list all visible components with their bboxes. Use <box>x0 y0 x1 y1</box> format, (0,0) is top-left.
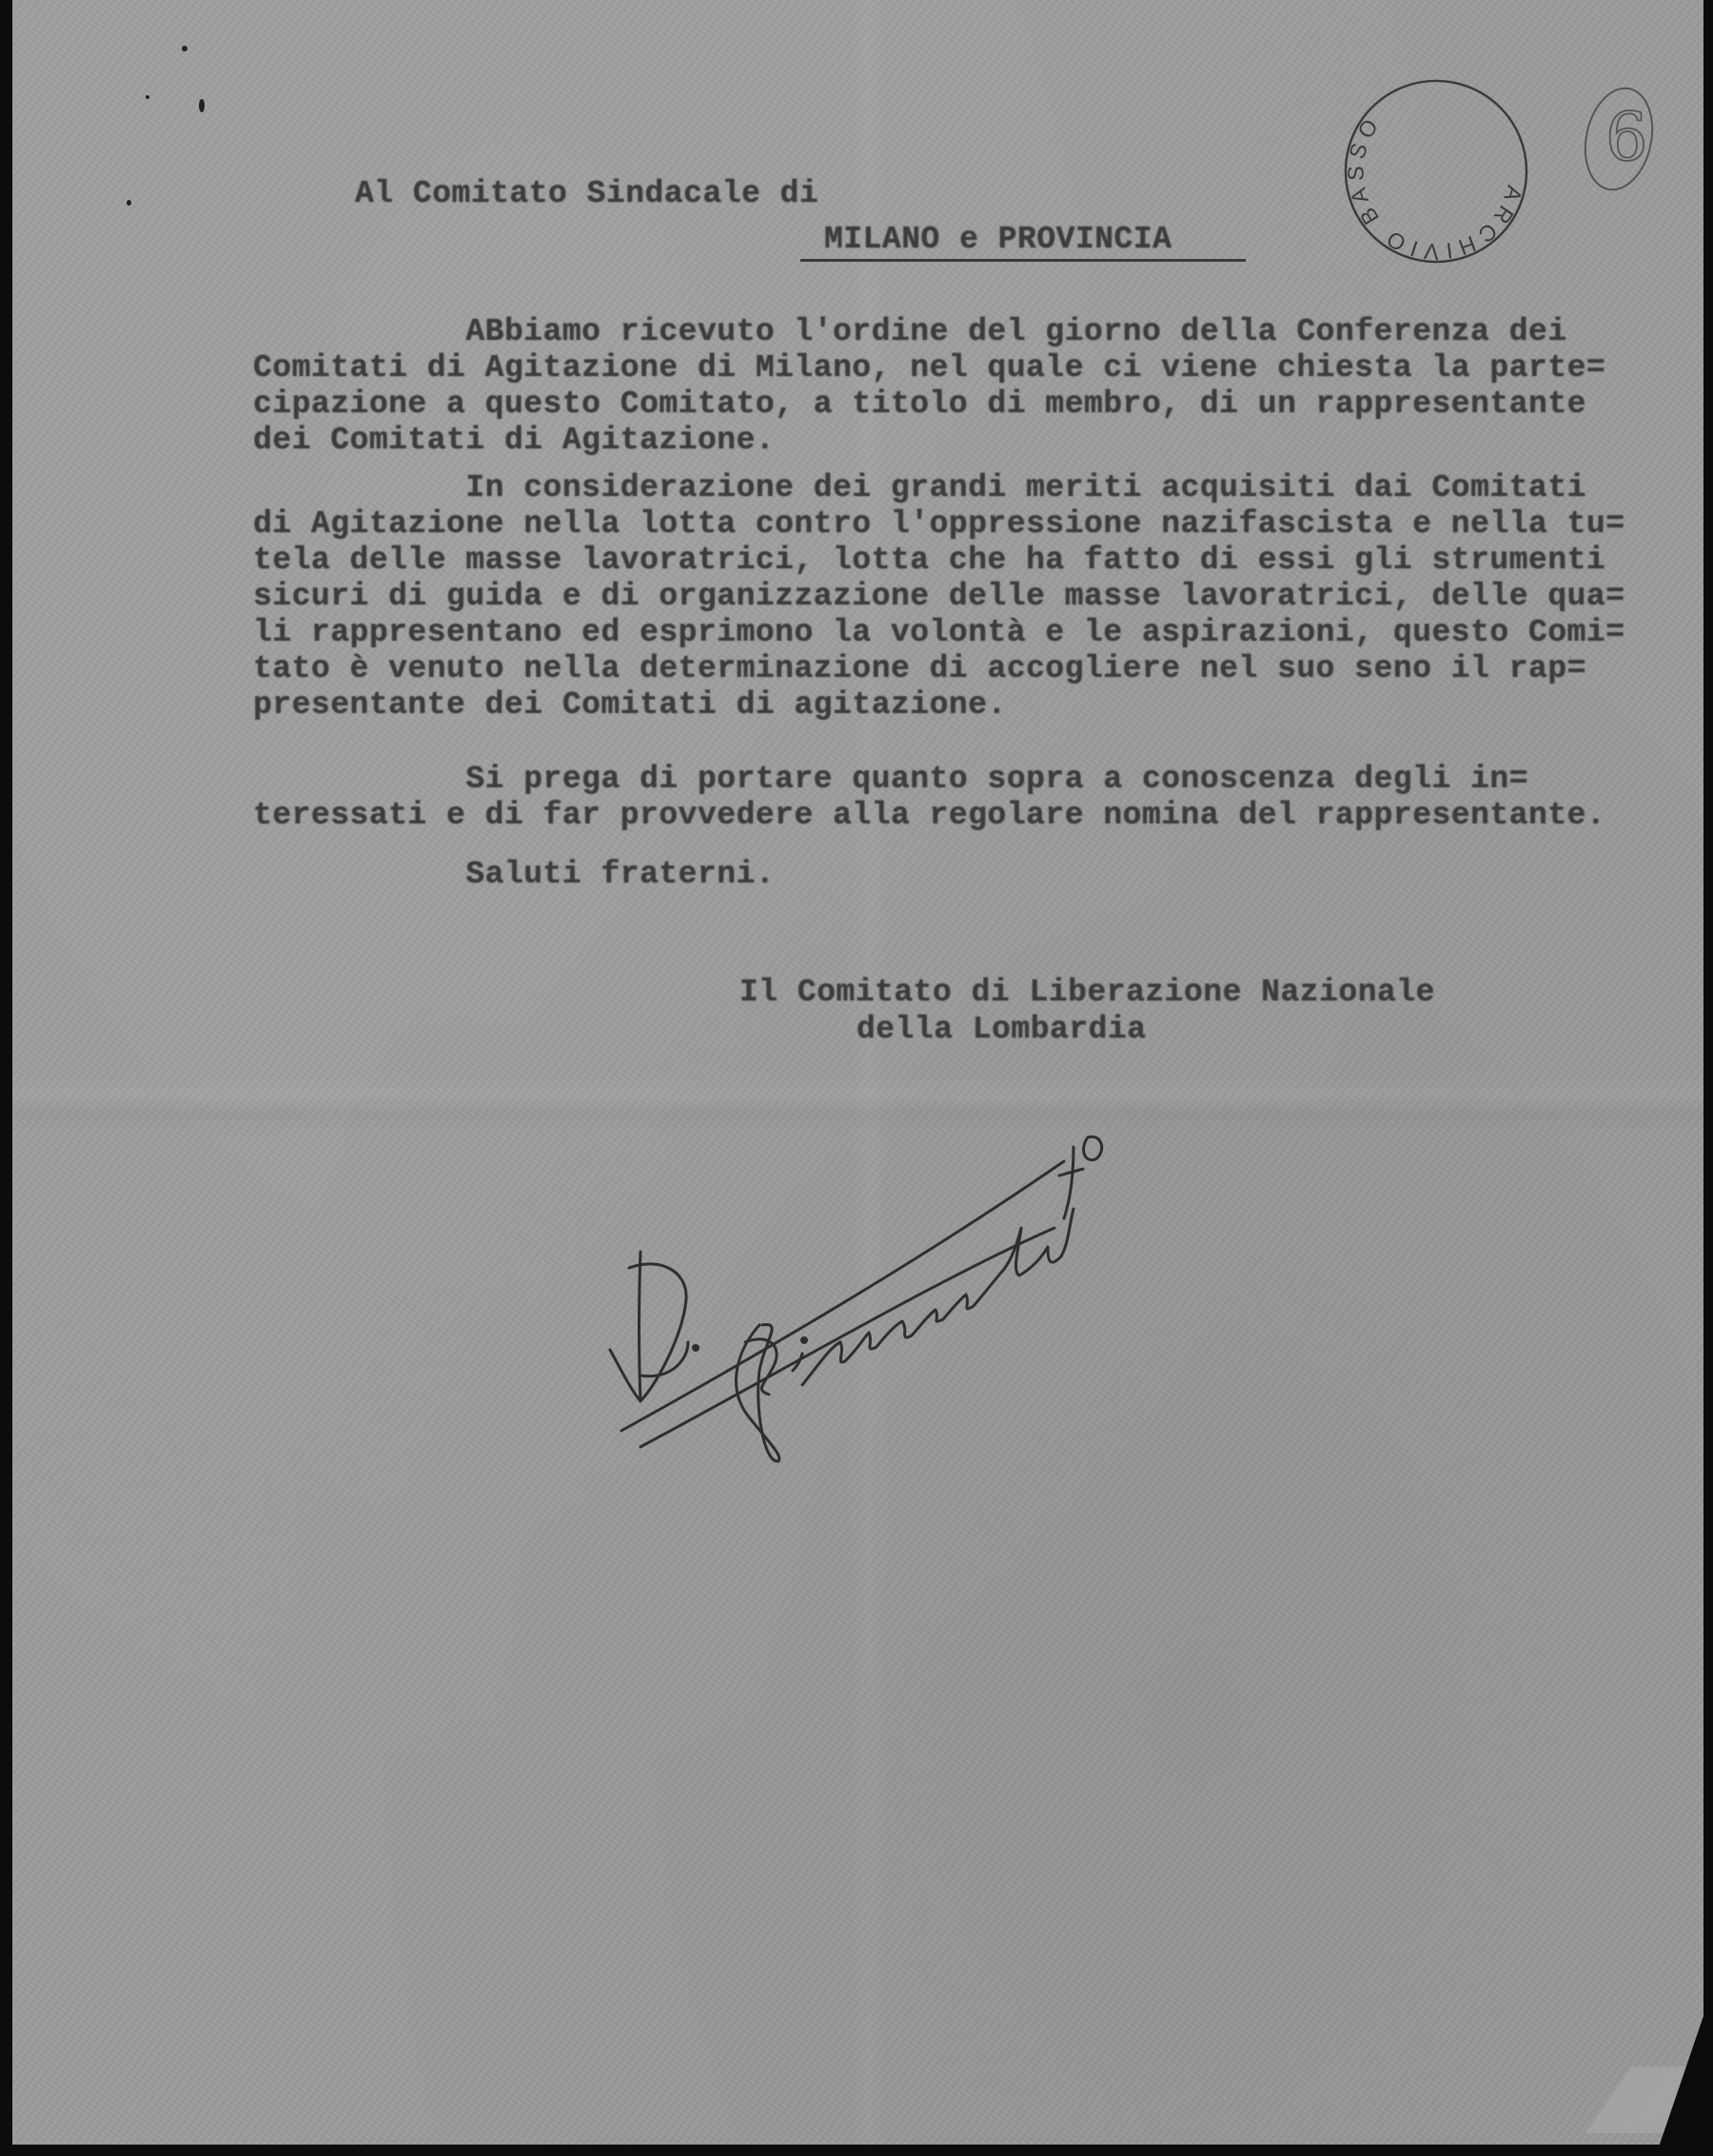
handwritten-annotation: D. Rimandato <box>593 1104 1449 1485</box>
svg-text:ARCHIVIO BASSO: ARCHIVIO BASSO <box>1343 108 1529 265</box>
folded-corner <box>1585 2067 1713 2133</box>
archive-stamp-icon: ARCHIVIO BASSO <box>1343 78 1529 265</box>
body-line: Saluti fraterni. <box>253 857 775 892</box>
signatory-line-1: Il Comitato di Liberazione Nazionale <box>739 975 1435 1010</box>
page-number-mark: 6 <box>1569 65 1674 198</box>
body-line: tela delle masse lavoratrici, lotta che … <box>253 543 1605 578</box>
stamp-text: ARCHIVIO BASSO <box>1343 108 1529 265</box>
page-number: 6 <box>1605 98 1648 176</box>
body-line: teressati e di far provvedere alla regol… <box>253 798 1605 833</box>
body-line: cipazione a questo Comitato, a titolo di… <box>253 386 1586 422</box>
dust-speck <box>182 46 187 51</box>
body-line: presentante dei Comitati di agitazione. <box>253 687 1007 722</box>
body-line: li rappresentano ed esprimono la volontà… <box>253 615 1625 650</box>
body-line: In considerazione dei grandi meriti acqu… <box>253 470 1586 505</box>
body-line: Si prega di portare quanto sopra a conos… <box>253 762 1528 797</box>
dust-speck <box>146 95 149 99</box>
scanned-document: ARCHIVIO BASSO 6 Al Comitato Sindacale d… <box>0 0 1713 2156</box>
dust-speck <box>127 200 131 206</box>
addressee-line: Al Comitato Sindacale di <box>355 176 818 211</box>
body-line: sicuri di guida e di organizzazione dell… <box>253 579 1625 614</box>
city-underline <box>800 259 1246 262</box>
addressee-city: MILANO e PROVINCIA <box>824 222 1172 257</box>
body-line: tato è venuto nella determinazione di ac… <box>253 651 1586 686</box>
body-line: dei Comitati di Agitazione. <box>253 423 775 458</box>
paper-sheet: ARCHIVIO BASSO 6 Al Comitato Sindacale d… <box>12 0 1703 2145</box>
body-line: Comitati di Agitazione di Milano, nel qu… <box>253 350 1605 386</box>
body-line: ABbiamo ricevuto l'ordine del giorno del… <box>253 314 1567 349</box>
body-line: di Agitazione nella lotta contro l'oppre… <box>253 506 1625 542</box>
dust-speck <box>199 99 205 112</box>
signatory-line-2: della Lombardia <box>856 1012 1147 1047</box>
